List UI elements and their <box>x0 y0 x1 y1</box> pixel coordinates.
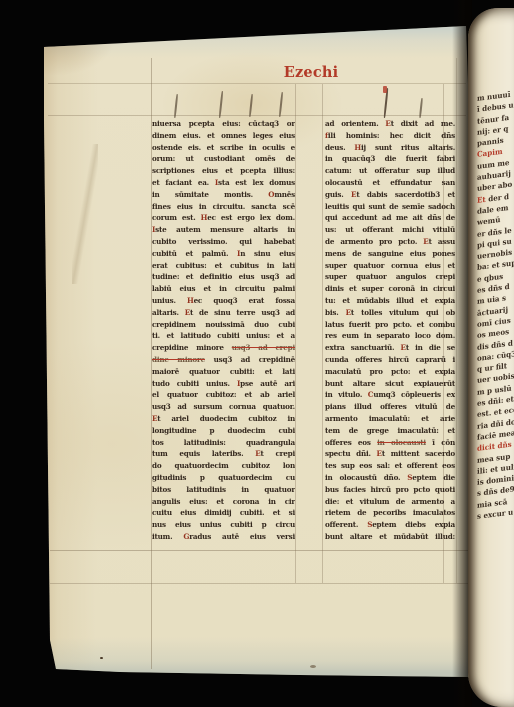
manuscript-line: super quatuor cornua eius et <box>325 260 455 272</box>
manuscript-line: scriptiones eius et pcepta illius: <box>152 165 295 177</box>
manuscript-line: die: et vitulum de armento a <box>325 496 455 508</box>
text-segment: cunda offeres hircū caprarū i <box>325 355 455 364</box>
manuscript-line: usq3 ad sursum cornua quatuor. <box>152 401 295 413</box>
text-segment: gitudinis p quatuordecim cu <box>152 473 295 482</box>
text-segment: et faciant ea. <box>152 178 215 187</box>
manuscript-line: bus facies hircū pro pcto quoti <box>325 484 455 496</box>
text-segment: longitudine p duodecim cubi <box>152 426 295 435</box>
text-segment: leuitis qui sunt de semīe sadoch <box>325 202 455 211</box>
text-segment: t de sinu terre usq3 ad <box>190 308 295 317</box>
manuscript-line: do quatuordecim cubitoz lon <box>152 460 295 472</box>
manuscript-line: bunt altare et mūdabūt illud: <box>325 531 455 543</box>
text-segment: crepidinem nouissimā duo cubi <box>152 320 295 329</box>
text-segment: tum equis lateribs. <box>152 449 255 458</box>
text-segment: bus facies hircū pro pcto quoti <box>325 485 455 494</box>
text-segment: eptem die <box>412 473 455 482</box>
manuscript-line: in quacūq3 die fuerit fabri <box>325 153 455 165</box>
manuscript-line: itum. Gradus autē eius versi <box>152 531 295 543</box>
text-segment: super quatuor cornua eius et <box>325 261 455 270</box>
text-segment: super quatuor angulos crepi <box>325 272 455 281</box>
text-segment: in quacūq3 die fuerit fabri <box>325 154 455 163</box>
text-segment: erat cubitus: et cubitus in lati <box>152 261 295 270</box>
text-segment: us: ut offerant michi vitulū <box>325 225 455 234</box>
text-segment: die: et vitulum de armento a <box>325 497 455 506</box>
text-segment: scriptiones eius et pcepta illius: <box>152 166 295 175</box>
text-segment: tudine: et definitio eius usq3 ad <box>152 272 295 281</box>
manuscript-line: erat cubitus: et cubitus in lati <box>152 260 295 272</box>
manuscript-line: maculatū pro pcto: et expia <box>325 366 455 378</box>
manuscript-line: tos latitudinis: quadrangula <box>152 437 295 449</box>
text-segment: in olocaustū dño. <box>325 473 407 482</box>
manuscript-line: fili hominis: hec dicit dñs <box>325 130 455 142</box>
ink-speck <box>310 665 316 668</box>
text-segment: fines eius in circuitu. sancta scē <box>152 202 295 211</box>
ruling-line-horizontal <box>50 550 468 551</box>
ruling-line-vertical <box>295 84 296 583</box>
manuscript-line: latus fuerit pro pcto. et combu <box>325 319 455 331</box>
manuscript-line: tudine: et definitio eius usq3 ad <box>152 271 295 283</box>
manuscript-line: guis. Et dabis sacerdotib3 et <box>325 189 455 201</box>
manuscript-line: cubitū et palmū. In sinu eius <box>152 248 295 260</box>
manuscript-line: et faciant ea. Ista est lex domus <box>152 177 295 189</box>
flourish-red-flag <box>383 86 387 93</box>
text-segment: de armento pro pcto. <box>325 237 423 246</box>
text-column-left: niuersa pcepta eius: cūctaq3 ordinem eiu… <box>152 118 295 543</box>
manuscript-line: altaris. Et de sinu terre usq3 ad <box>152 307 295 319</box>
text-segment: t in die se <box>406 343 455 352</box>
ruling-line-horizontal <box>48 115 466 116</box>
manuscript-line: armento imaculatū: et arie <box>325 413 455 425</box>
manuscript-line: tu: et mūdabis illud et expia <box>325 295 455 307</box>
manuscript-line: bis. Et tolles vitulum qui ob <box>325 307 455 319</box>
manuscript-line: leuitis qui sunt de semīe sadoch <box>325 201 455 213</box>
manuscript-line: in olocaustū dño. Septem die <box>325 472 455 484</box>
manuscript-line: el quatuor cubitoz: et ab ariel <box>152 389 295 401</box>
manuscript-line: bunt altare sicut expiauerūt <box>325 378 455 390</box>
manuscript-line: spectu dñi. Et mittent sacerdo <box>325 448 455 460</box>
text-segment: armento imaculatū: et arie <box>325 414 455 423</box>
text-segment: t crepi <box>261 449 295 458</box>
text-segment: pse autē ari <box>240 379 295 388</box>
manuscript-line: in sūmitate montis. Omnēs <box>152 189 295 201</box>
text-segment: ostende eis. et scribe in oculis e <box>152 143 295 152</box>
text-segment: pians illud offeres vitulū de <box>325 402 455 411</box>
ruling-line-vertical <box>322 84 323 583</box>
manuscript-line: corum est. Hec est ergo lex dom. <box>152 212 295 224</box>
text-segment: spectu dñi. <box>325 449 377 458</box>
text-segment: bunt altare sicut expiauerūt <box>325 379 455 388</box>
text-segment: mnēs <box>274 190 295 199</box>
text-segment: in sūmitate montis. <box>152 190 268 199</box>
text-segment: extra sanctuariū. <box>325 343 401 352</box>
manuscript-line: bitos latitudinis in quatuor <box>152 484 295 496</box>
manuscript-line: offerent. Septem diebs expia <box>325 519 455 531</box>
manuscript-line: tum equis lateribs. Et crepi <box>152 448 295 460</box>
text-segment: tu: et mūdabis illud et expia <box>325 296 455 305</box>
manuscript-line: tes sup eos sal: et offerent eos <box>325 460 455 472</box>
manuscript-line: cubito verissimo. qui habebat <box>152 236 295 248</box>
text-segment: eptem diebs expia <box>372 520 455 529</box>
manuscript-line: longitudine p duodecim cubi <box>152 425 295 437</box>
text-segment: dinis et super coronā in circui <box>325 284 455 293</box>
text-segment: dinem eius. et omnes leges eius <box>152 131 295 140</box>
text-segment: do quatuordecim cubitoz lon <box>152 461 295 470</box>
running-header: Ezechi <box>256 64 366 81</box>
text-segment: crepidine minore <box>152 343 232 352</box>
text-segment: niuersa pcepta eius: cūctaq3 or <box>152 119 295 128</box>
manuscript-line: dinem eius. et omnes leges eius <box>152 130 295 142</box>
text-segment: ī cōn <box>426 438 455 447</box>
text-segment: el quatuor cubitoz: et ab ariel <box>152 390 295 399</box>
manuscript-line: dinis et super coronā in circui <box>325 283 455 295</box>
manuscript-line: tem de grege imaculatū: et <box>325 425 455 437</box>
manuscript-line: dine minore usq3 ad crepidinē <box>152 354 295 366</box>
text-segment: t ariel duodecim cubitoz in <box>157 414 295 423</box>
text-segment: labiū eius et in circuitu palmi <box>152 284 295 293</box>
manuscript-line: cuitu eius dimidij cubiti. et si <box>152 507 295 519</box>
text-segment: t tolles vitulum qui ob <box>351 308 455 317</box>
manuscript-line: us: ut offerant michi vitulū <box>325 224 455 236</box>
manuscript-line: mens de sanguine eius pones <box>325 248 455 260</box>
manuscript-line: de armento pro pcto. Et assu <box>325 236 455 248</box>
text-segment: radus autē eius versi <box>189 532 295 541</box>
text-segment: usq3 ad crepi <box>232 343 295 352</box>
text-segment: tem de grege imaculatū: et <box>325 426 455 435</box>
manuscript-line: tudo cubiti unius. Ipse autē ari <box>152 378 295 390</box>
text-segment: ti. et latitudo cubiti unius: et a <box>152 331 295 340</box>
text-segment: itum. <box>152 532 183 541</box>
text-segment: in olocausti <box>377 438 426 447</box>
text-segment: n sinu eius <box>240 249 295 258</box>
manuscript-line: cunda offeres hircū caprarū i <box>325 354 455 366</box>
text-segment: bitos latitudinis in quatuor <box>152 485 295 494</box>
text-segment: cubitū et palmū. <box>152 249 237 258</box>
manuscript-line: ad orientem. Et dixit ad me. <box>325 118 455 130</box>
manuscript-line: gitudinis p quatuordecim cu <box>152 472 295 484</box>
text-segment: tes sup eos sal: et offerent eos <box>325 461 455 470</box>
parchment-crease <box>72 144 98 284</box>
manuscript-line: angulis eius: et corona in cir <box>152 496 295 508</box>
text-segment: ili hominis: hec dicit dñs <box>328 131 455 140</box>
text-segment: cubito verissimo. qui habebat <box>152 237 295 246</box>
manuscript-page: Ezechi niuersa pcepta eius: cūctaq3 ordi… <box>42 24 478 679</box>
text-segment: nus eius unius cubiti p circu <box>152 520 295 529</box>
manuscript-line: Et ariel duodecim cubitoz in <box>152 413 295 425</box>
text-segment: unius. <box>152 296 187 305</box>
text-segment: usq3 ad crepidinē <box>205 355 295 364</box>
ascender-flourish <box>279 92 283 117</box>
manuscript-line: ti. et latitudo cubiti unius: et a <box>152 330 295 342</box>
manuscript-line: catum: ut offeratur sup illud <box>325 165 455 177</box>
text-segment: offeres eos <box>325 438 377 447</box>
text-segment: altaris. <box>152 308 185 317</box>
ascender-flourish <box>219 91 223 118</box>
text-segment: ste autem mensure altaris in <box>155 225 295 234</box>
text-segment: ec est ergo lex dom. <box>207 213 295 222</box>
text-segment: t dixit ad me. <box>391 119 455 128</box>
text-segment: maiorē quatuor cubiti: et lati <box>152 367 295 376</box>
photo-backdrop: Ezechi niuersa pcepta eius: cūctaq3 ordi… <box>0 0 514 707</box>
text-segment: H <box>187 296 194 305</box>
manuscript-line: orum: ut custodiant omēs de <box>152 153 295 165</box>
text-segment: res eum in separato loco dom. <box>325 331 455 340</box>
manuscript-line: fines eius in circuitu. sancta scē <box>152 201 295 213</box>
text-segment: ad orientem. <box>325 119 385 128</box>
text-segment: tudo cubiti unius. <box>152 379 237 388</box>
fore-edge-text: m nuuuīī debus utēnur fanij: er qpannisC… <box>477 88 514 522</box>
text-segment: dine minore <box>152 355 205 364</box>
manuscript-line: deus. Hij sunt ritus altaris. <box>325 142 455 154</box>
text-segment: sta est lex domus <box>218 178 295 187</box>
manuscript-line: in vitulo. Cumq3 cōpleueris ex <box>325 389 455 401</box>
manuscript-line: ostende eis. et scribe in oculis e <box>152 142 295 154</box>
ruling-line-horizontal <box>50 583 468 584</box>
manuscript-line: labiū eius et in circuitu palmi <box>152 283 295 295</box>
text-segment: guis. <box>325 190 351 199</box>
text-segment: usq3 ad sursum cornua quatuor. <box>152 402 295 411</box>
manuscript-line: nus eius unius cubiti p circu <box>152 519 295 531</box>
ruling-line-horizontal <box>48 83 466 84</box>
text-segment: deus. <box>325 143 354 152</box>
ascender-flourish <box>249 94 253 117</box>
manuscript-line: unius. Hec quoq3 erat fossa <box>152 295 295 307</box>
text-segment: umq3 cōpleueris ex <box>373 390 455 399</box>
text-segment: rietem de pecoribs imaculatos <box>325 508 455 517</box>
manuscript-line: rietem de pecoribs imaculatos <box>325 507 455 519</box>
text-segment: ij sunt ritus altaris. <box>361 143 455 152</box>
manuscript-line: maiorē quatuor cubiti: et lati <box>152 366 295 378</box>
text-segment: bis. <box>325 308 346 317</box>
text-segment: offerent. <box>325 520 367 529</box>
text-segment: latus fuerit pro pcto. et combu <box>325 320 455 329</box>
manuscript-line: super quatuor angulos crepi <box>325 271 455 283</box>
text-segment: corum est. <box>152 213 201 222</box>
text-segment: tos latitudinis: quadrangula <box>152 438 295 447</box>
manuscript-line: niuersa pcepta eius: cūctaq3 or <box>152 118 295 130</box>
manuscript-line: res eum in separato loco dom. <box>325 330 455 342</box>
text-segment: olocaustū et effundatur san <box>325 178 455 187</box>
manuscript-line: olocaustū et effundatur san <box>325 177 455 189</box>
manuscript-line: crepidinem nouissimā duo cubi <box>152 319 295 331</box>
ink-speck <box>100 657 103 659</box>
manuscript-line: pians illud offeres vitulū de <box>325 401 455 413</box>
text-segment: bunt altare et mūdabūt illud: <box>325 532 455 541</box>
manuscript-line: Iste autem mensure altaris in <box>152 224 295 236</box>
text-segment: in vitulo. <box>325 390 368 399</box>
text-segment: Et <box>477 195 486 205</box>
manuscript-line: offeres eos in olocausti ī cōn <box>325 437 455 449</box>
text-segment: mens de sanguine eius pones <box>325 249 455 258</box>
text-segment: angulis eius: et corona in cir <box>152 497 295 506</box>
text-segment: ec quoq3 erat fossa <box>194 296 295 305</box>
text-column-right: ad orientem. Et dixit ad me.fili hominis… <box>325 118 455 543</box>
text-segment: t mittent sacerdo <box>382 449 455 458</box>
text-segment: cuitu eius dimidij cubiti. et si <box>152 508 295 517</box>
text-segment: orum: ut custodiant omēs de <box>152 154 295 163</box>
text-segment: catum: ut offeratur sup illud <box>325 166 455 175</box>
text-segment: t dabis sacerdotib3 et <box>356 190 455 199</box>
manuscript-line: qui accedunt ad me ait dñs de <box>325 212 455 224</box>
manuscript-line: extra sanctuariū. Et in die se <box>325 342 455 354</box>
text-segment: maculatū pro pcto: et expia <box>325 367 455 376</box>
manuscript-line: crepidine minore usq3 ad crepi <box>152 342 295 354</box>
text-segment: qui accedunt ad me ait dñs de <box>325 213 455 222</box>
